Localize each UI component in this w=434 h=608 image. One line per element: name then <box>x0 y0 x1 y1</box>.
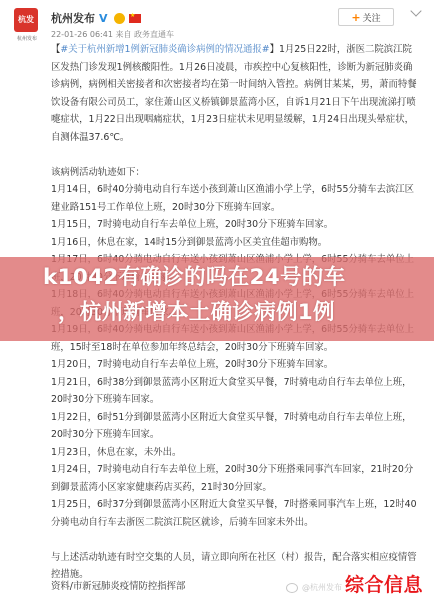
post-meta: 22-01-26 06:41 来自 政务直通车 <box>51 29 174 40</box>
source-label: 来自 政务直通车 <box>115 30 174 39</box>
weibo-post: 杭发 杭州发布 杭州发布 V 22-01-26 06:41 来自 政务直通车 +… <box>0 0 434 608</box>
hashtag-link[interactable]: #关于杭州新增1例新冠肺炎确诊病例的情况通报# <box>60 44 269 55</box>
post-header: 杭发 杭州发布 杭州发布 V 22-01-26 06:41 来自 政务直通车 +… <box>0 0 434 46</box>
source-credit: 资料/市新冠肺炎疫情防控指挥部 <box>51 578 185 592</box>
chevron-down-icon[interactable] <box>410 5 421 16</box>
track-item: 1月14日，6时40分骑电动自行车送小孩到萧山区渔浦小学上学，6时55分骑车去滨… <box>51 181 421 216</box>
track-item: 1月15日，7时骑电动自行车去单位上班，20时30分下班骑车回家。 <box>51 216 421 234</box>
category-stamp: 综合信息 <box>345 570 423 597</box>
avatar[interactable]: 杭发 <box>14 8 38 32</box>
avatar-caption: 杭州发布 <box>10 35 44 42</box>
bracket-open: 【 <box>51 44 60 55</box>
name-row: 杭州发布 V <box>51 10 141 26</box>
follow-button[interactable]: + 关注 <box>338 8 394 26</box>
intro-paragraph: 【#关于杭州新增1例新冠肺炎确诊病例的情况通报#】1月25日22时，浙医二院滨江… <box>51 41 421 146</box>
avatar-logo: 杭发 <box>18 16 34 24</box>
headline-line-1: k1042有确诊的吗在24号的车 <box>43 264 423 292</box>
track-item: 1月25日，6时37分到御景蓝湾小区附近大食堂买早餐，7时搭乘同事汽车上班，12… <box>51 496 421 531</box>
track-item: 1月24日，7时骑电动自行车去单位上班，20时30分下班搭乘同事汽车回家，21时… <box>51 461 421 496</box>
weibo-icon <box>286 583 298 593</box>
track-item: 1月21日，6时38分到御景蓝湾小区附近大食堂买早餐，7时骑电动自行车去单位上班… <box>51 374 421 409</box>
intro-text: 】1月25日22时，浙医二院滨江院区发热门诊发现1例核酸阳性。1月26日凌晨，市… <box>51 44 417 143</box>
headline-line-2: ，杭州新增本土确诊病例1例 <box>58 299 434 327</box>
member-badge-icon <box>114 13 125 24</box>
china-flag-icon <box>129 14 141 23</box>
plus-icon: + <box>351 12 360 23</box>
track-item: 1月23日，休息在家，未外出。 <box>51 444 421 462</box>
track-item: 1月22日，6时51分到御景蓝湾小区附近大食堂买早餐，7时骑电动自行车去单位上班… <box>51 409 421 444</box>
follow-label: 关注 <box>363 11 381 24</box>
track-item: 1月16日，休息在家，14时15分到御景蓝湾小区美宜佳超市购物。 <box>51 234 421 252</box>
avatar-block[interactable]: 杭发 杭州发布 <box>10 8 44 42</box>
weibo-watermark: @杭州发布 <box>286 582 342 593</box>
track-title: 该病例活动轨迹如下： <box>51 164 421 182</box>
verified-icon: V <box>99 13 110 24</box>
track-item: 1月20日，7时骑电动自行车去单位上班，20时30分下班骑车回家。 <box>51 356 421 374</box>
watermark-text: @杭州发布 <box>302 582 342 593</box>
account-name[interactable]: 杭州发布 <box>51 10 95 26</box>
timestamp[interactable]: 22-01-26 06:41 <box>51 30 113 39</box>
